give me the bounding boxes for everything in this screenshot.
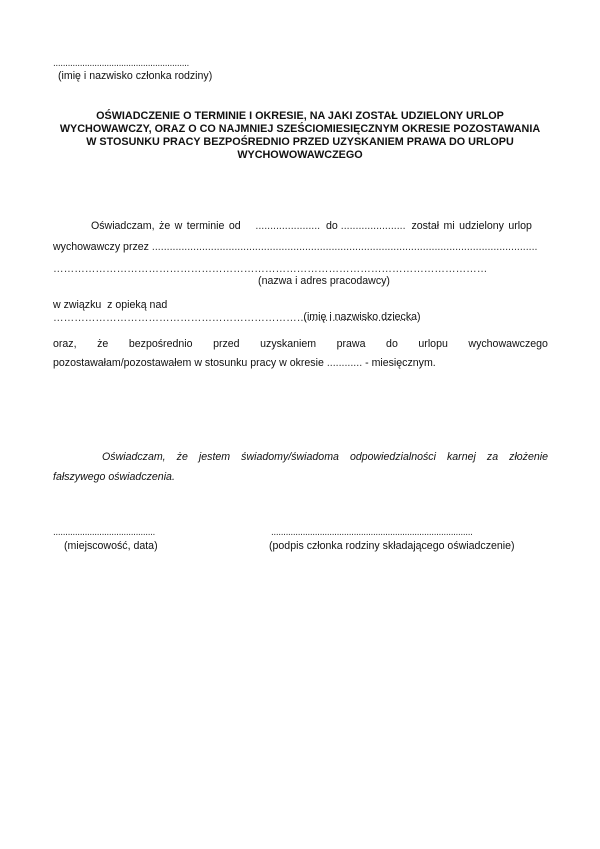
to-word: do: [326, 220, 338, 232]
liability-declaration-line-1: Oświadczam, że jestem świadomy/świadoma …: [53, 451, 548, 464]
document-title: OŚWIADCZENIE O TERMINIE I OKRESIE, NA JA…: [40, 110, 560, 162]
months-field[interactable]: ............: [327, 357, 362, 369]
employment-period-line-1: oraz, że bezpośrednio przed uzyskaniem p…: [53, 338, 548, 351]
from-date-field[interactable]: ......................: [255, 220, 320, 232]
child-care-text: w związku z opieką nad: [53, 299, 167, 311]
title-line: W STOSUNKU PRACY BEZPOŚREDNIO PRZED UZYS…: [40, 136, 560, 149]
liability-declaration-line-2: fałszywego oświadczenia.: [53, 471, 548, 484]
title-line: WYCHOWOWAWCZEGO: [40, 149, 560, 162]
statement-intro: Oświadczam, że w terminie od: [91, 220, 241, 232]
employer-line: wychowawczy przez ......................…: [53, 241, 548, 254]
employer-field-1[interactable]: ........................................…: [152, 241, 538, 254]
leave-granted-text: został mi udzielony urlop: [411, 220, 532, 232]
to-date-field[interactable]: ......................: [341, 220, 406, 232]
title-line: OŚWIADCZENIE O TERMINIE I OKRESIE, NA JA…: [40, 110, 560, 123]
signature-field[interactable]: ........................................…: [271, 527, 473, 538]
family-member-name-label: (imię i nazwisko członka rodziny): [58, 70, 212, 82]
granted-by-text: wychowawczy przez: [53, 241, 149, 253]
family-member-name-field[interactable]: ........................................…: [53, 58, 189, 69]
place-date-field[interactable]: ........................................…: [53, 527, 155, 538]
child-name-label: (imię i nazwisko dziecka): [0, 311, 600, 323]
place-date-label: (miejscowość, data): [64, 540, 158, 552]
months-suffix: - miesięcznym.: [365, 357, 436, 369]
title-line: WYCHOWAWCZY, ORAZ O CO NAJMNIEJ SZEŚCIOM…: [40, 123, 560, 136]
employer-label: (nazwa i adres pracodawcy): [0, 275, 600, 287]
employment-text: pozostawałam/pozostawałem w stosunku pra…: [53, 357, 324, 369]
leave-period-line: Oświadczam, że w terminie od ...........…: [53, 220, 548, 233]
signature-label: (podpis członka rodziny składającego ośw…: [269, 540, 515, 552]
employment-period-line-2: pozostawałam/pozostawałem w stosunku pra…: [53, 357, 548, 370]
